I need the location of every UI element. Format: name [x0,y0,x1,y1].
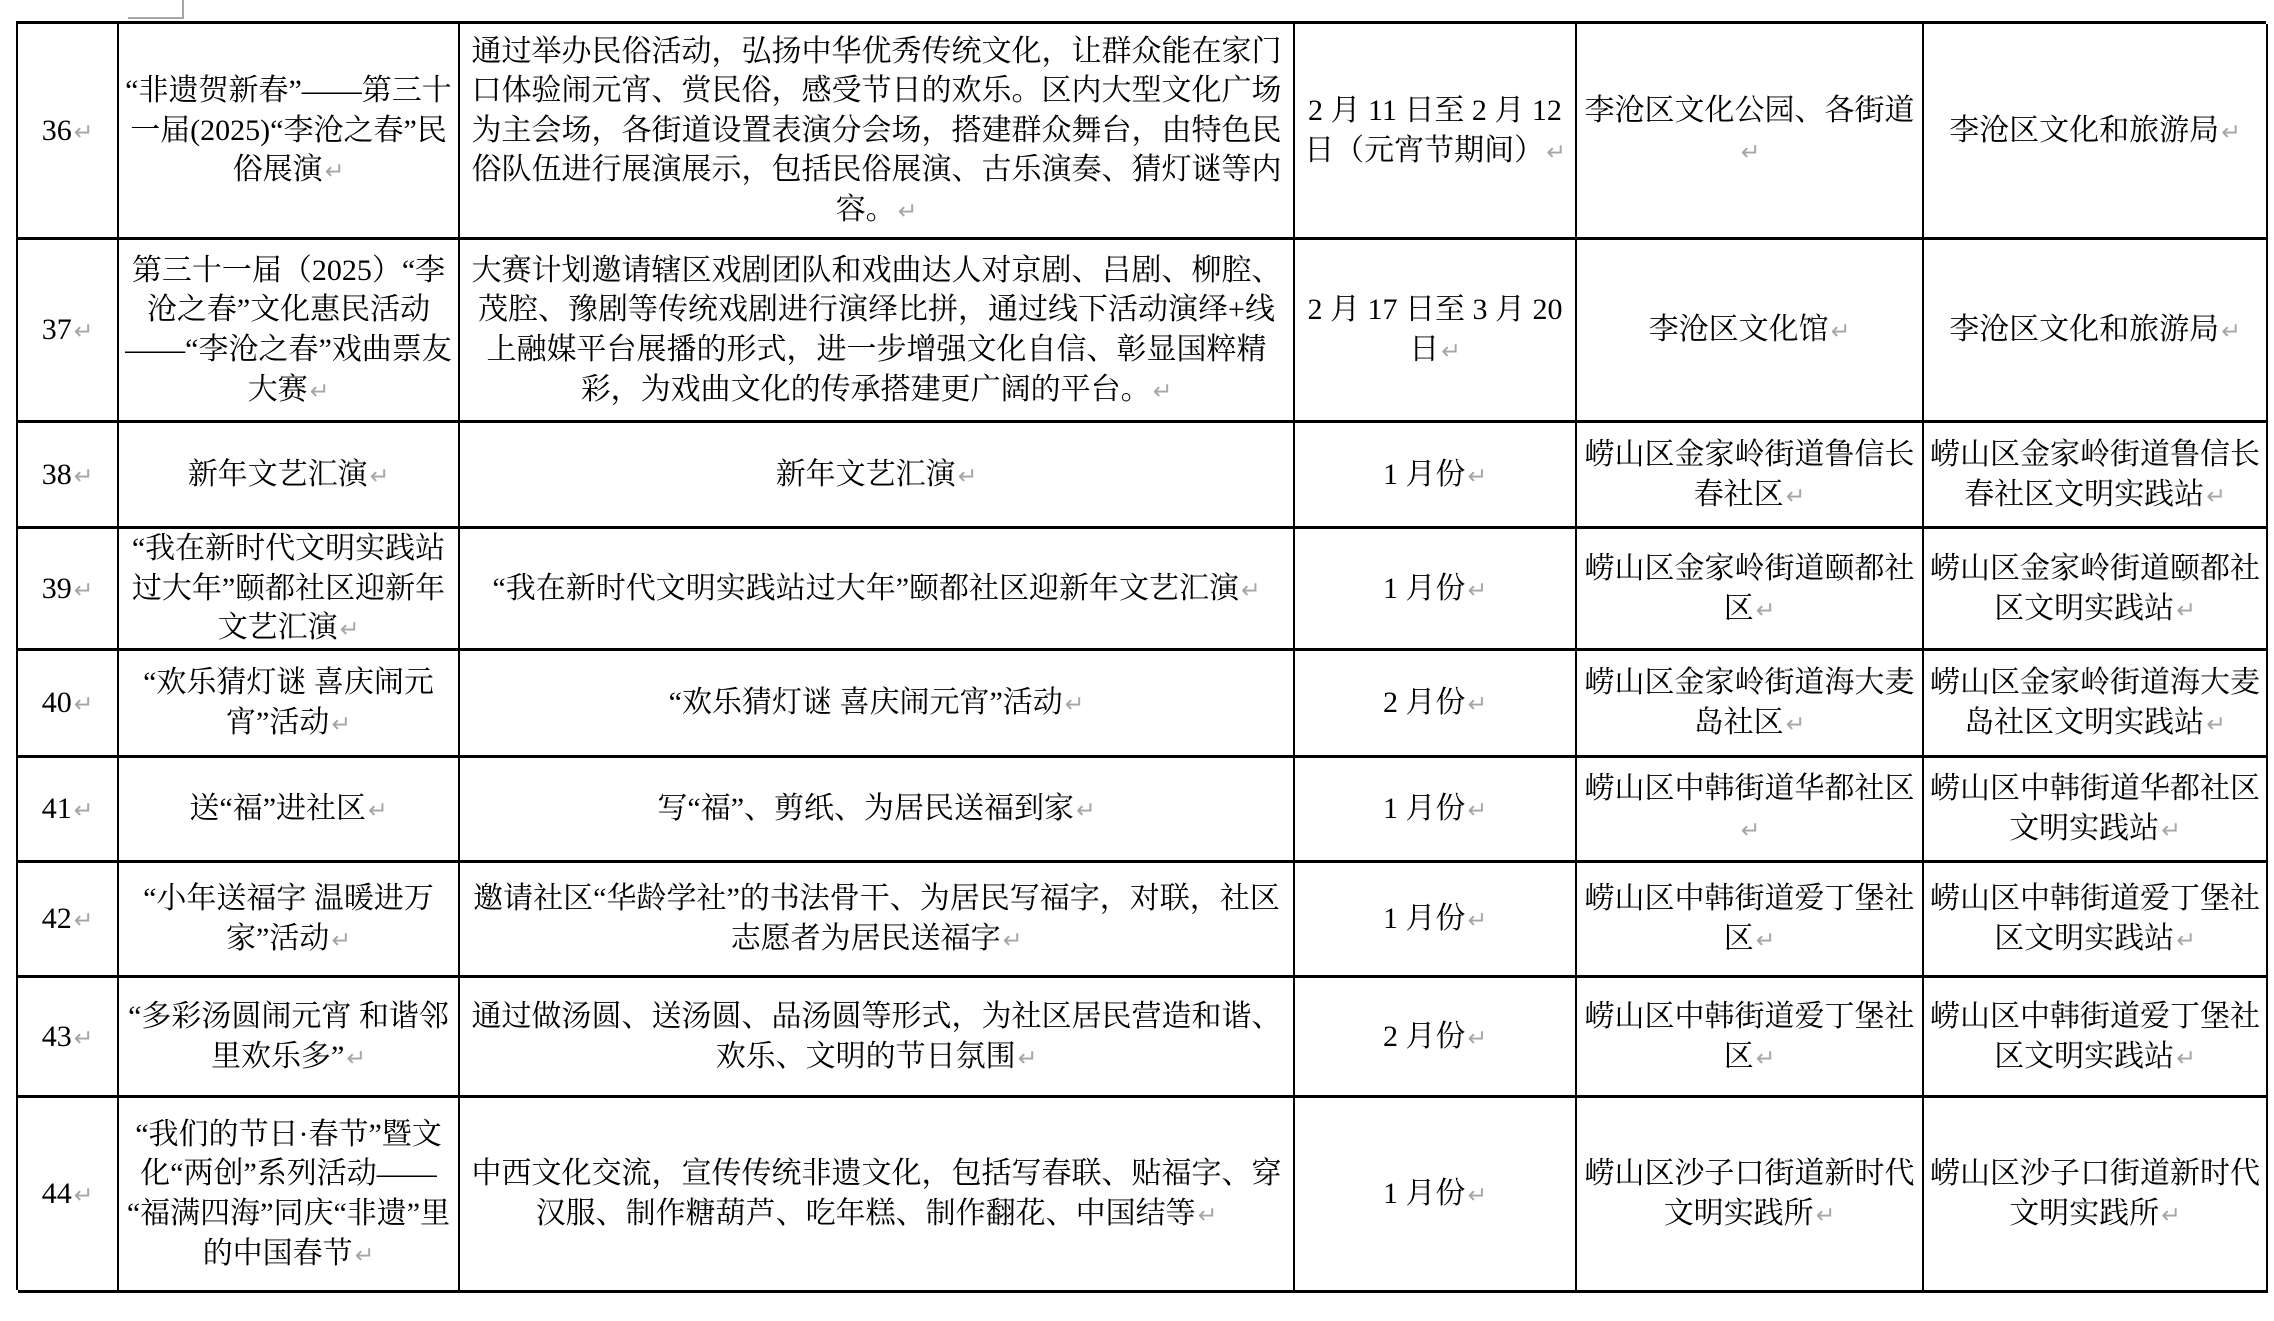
location-cell[interactable]: 崂山区金家岭街道海大麦岛社区↵ [1577,651,1924,758]
organizer: 李沧区文化和旅游局 [1949,313,2219,346]
line-break-mark: ↵ [1065,690,1085,718]
location-cell[interactable]: 崂山区沙子口街道新时代文明实践所↵ [1577,1098,1924,1293]
time-cell[interactable]: 1 月份↵ [1295,1098,1577,1293]
description-cell[interactable]: 写“福”、剪纸、为居民送福到家↵ [460,758,1295,863]
activity-name: 第三十一届（2025）“李沧之春”文化惠民活动——“李沧之春”戏曲票友大赛 [125,254,452,406]
organizer-cell[interactable]: 崂山区金家岭街道海大麦岛社区文明实践站↵ [1924,651,2268,758]
line-break-mark: ↵ [331,926,351,954]
organizer-cell[interactable]: 崂山区金家岭街道鲁信长春社区文明实践站↵ [1924,423,2268,529]
time: 2 月 11 日至 2 月 12 日（元宵节期间） [1304,94,1562,167]
description: “我在新时代文明实践站过大年”颐都社区迎新年文艺汇演 [492,572,1239,605]
description: 邀请社区“华龄学社”的书法骨干、为居民写福字，对联，社区志愿者为居民送福字 [473,882,1280,955]
line-break-mark: ↵ [1756,596,1776,624]
time: 1 月份 [1383,1177,1466,1210]
time: 2 月 17 日至 3 月 20 日 [1308,293,1563,366]
location: 崂山区金家岭街道海大麦岛社区 [1585,666,1915,739]
row-number: 38 [42,458,72,491]
row-number: 40 [42,686,72,719]
line-break-mark: ↵ [1756,1044,1776,1072]
row-number-cell[interactable]: 36↵ [18,24,119,240]
time: 1 月份 [1383,458,1466,491]
description: 写“福”、剪纸、为居民送福到家 [657,792,1074,825]
description-cell[interactable]: 大赛计划邀请辖区戏剧团队和戏曲达人对京剧、吕剧、柳腔、茂腔、豫剧等传统戏剧进行演… [460,240,1295,423]
line-break-mark: ↵ [1831,317,1851,345]
description-cell[interactable]: 通过举办民俗活动，弘扬中华优秀传统文化，让群众能在家门口体验闹元宵、赏民俗，感受… [460,24,1295,240]
row-number-cell[interactable]: 41↵ [18,758,119,863]
activity-name-cell[interactable]: “非遗贺新春”——第三十一届(2025)“李沧之春”民俗展演↵ [119,24,460,240]
line-break-mark: ↵ [370,462,390,490]
line-break-mark: ↵ [1241,576,1261,604]
organizer-cell[interactable]: 李沧区文化和旅游局↵ [1924,240,2268,423]
description: 通过做汤圆、送汤圆、品汤圆等形式，为社区居民营造和谐、欢乐、文明的节日氛围 [472,1000,1282,1073]
line-break-mark: ↵ [2221,118,2241,146]
line-break-mark: ↵ [1153,377,1173,405]
line-break-mark: ↵ [898,197,918,225]
line-break-mark: ↵ [1786,710,1806,738]
time-cell[interactable]: 2 月 11 日至 2 月 12 日（元宵节期间）↵ [1295,24,1577,240]
line-break-mark: ↵ [2176,1044,2196,1072]
organizer-cell[interactable]: 李沧区文化和旅游局↵ [1924,24,2268,240]
line-break-mark: ↵ [74,576,94,604]
line-break-mark: ↵ [74,317,94,345]
line-break-mark: ↵ [1741,816,1761,844]
activity-name-cell[interactable]: 送“福”进社区↵ [119,758,460,863]
row-number: 44 [42,1177,72,1210]
line-break-mark: ↵ [1816,1201,1836,1229]
row-number: 39 [42,572,72,605]
location: 崂山区金家岭街道鲁信长春社区 [1585,438,1915,511]
line-break-mark: ↵ [2221,317,2241,345]
line-break-mark: ↵ [74,1024,94,1052]
organizer-cell[interactable]: 崂山区中韩街道爱丁堡社区文明实践站↵ [1924,863,2268,978]
line-break-mark: ↵ [2161,816,2181,844]
time-cell[interactable]: 2 月份↵ [1295,651,1577,758]
description-cell[interactable]: 通过做汤圆、送汤圆、品汤圆等形式，为社区居民营造和谐、欢乐、文明的节日氛围↵ [460,978,1295,1098]
organizer-cell[interactable]: 崂山区沙子口街道新时代文明实践所↵ [1924,1098,2268,1293]
location-cell[interactable]: 李沧区文化馆↵ [1577,240,1924,423]
activity-name-cell[interactable]: “小年送福字 温暖进万家”活动↵ [119,863,460,978]
location: 崂山区金家岭街道颐都社区 [1585,552,1915,625]
activity-name: “多彩汤圆闹元宵 和谐邻里欢乐多” [128,1000,449,1073]
organizer-cell[interactable]: 崂山区金家岭街道颐都社区文明实践站↵ [1924,529,2268,651]
location: 崂山区中韩街道华都社区 [1585,772,1915,805]
description-cell[interactable]: 新年文艺汇演↵ [460,423,1295,529]
line-break-mark: ↵ [1198,1201,1218,1229]
line-break-mark: ↵ [325,157,345,185]
description-cell[interactable]: 邀请社区“华龄学社”的书法骨干、为居民写福字，对联，社区志愿者为居民送福字↵ [460,863,1295,978]
row-number: 36 [42,114,72,147]
row-number-cell[interactable]: 42↵ [18,863,119,978]
line-break-mark: ↵ [2161,1201,2181,1229]
location: 李沧区文化馆 [1649,313,1829,346]
time-cell[interactable]: 1 月份↵ [1295,423,1577,529]
description: “欢乐猜灯谜 喜庆闹元宵”活动 [669,686,1063,719]
line-break-mark: ↵ [1467,1181,1487,1209]
organizer: 李沧区文化和旅游局 [1949,114,2219,147]
page-boundary-mark [128,0,184,19]
line-break-mark: ↵ [1467,576,1487,604]
time-cell[interactable]: 2 月 17 日至 3 月 20 日↵ [1295,240,1577,423]
row-number-cell[interactable]: 40↵ [18,651,119,758]
location-cell[interactable]: 李沧区文化公园、各街道↵ [1577,24,1924,240]
line-break-mark: ↵ [340,615,360,643]
line-break-mark: ↵ [1018,1044,1038,1072]
organizer: 崂山区中韩街道爱丁堡社区文明实践站 [1930,1000,2260,1073]
activity-name: “非遗贺新春”——第三十一届(2025)“李沧之春”民俗展演 [125,74,452,186]
time-cell[interactable]: 1 月份↵ [1295,529,1577,651]
line-break-mark: ↵ [958,462,978,490]
activity-name-cell[interactable]: “我们的节日·春节”暨文化“两创”系列活动——“福满四海”同庆“非遗”里的中国春… [119,1098,460,1293]
location-cell[interactable]: 崂山区中韩街道华都社区↵ [1577,758,1924,863]
activity-name: 送“福”进社区 [189,792,366,825]
activity-name-cell[interactable]: “欢乐猜灯谜 喜庆闹元宵”活动↵ [119,651,460,758]
line-break-mark: ↵ [74,462,94,490]
organizer-cell[interactable]: 崂山区中韩街道爱丁堡社区文明实践站↵ [1924,978,2268,1098]
line-break-mark: ↵ [1467,906,1487,934]
location: 李沧区文化公园、各街道 [1585,94,1915,127]
activity-name: “小年送福字 温暖进万家”活动 [143,882,434,955]
line-break-mark: ↵ [1003,926,1023,954]
row-number-cell[interactable]: 38↵ [18,423,119,529]
activity-name: “我在新时代文明实践站过大年”颐都社区迎新年文艺汇演 [132,532,445,644]
location-cell[interactable]: 崂山区金家岭街道颐都社区↵ [1577,529,1924,651]
line-break-mark: ↵ [331,710,351,738]
line-break-mark: ↵ [1467,690,1487,718]
time: 2 月份 [1383,686,1466,719]
line-break-mark: ↵ [1076,796,1096,824]
activity-name: 新年文艺汇演 [188,458,368,491]
description: 中西文化交流，宣传传统非遗文化，包括写春联、贴福字、穿汉服、制作糖葫芦、吃年糕、… [472,1157,1282,1230]
line-break-mark: ↵ [1467,1024,1487,1052]
line-break-mark: ↵ [1756,926,1776,954]
row-number-cell[interactable]: 43↵ [18,978,119,1098]
organizer: 崂山区中韩街道爱丁堡社区文明实践站 [1930,882,2260,955]
line-break-mark: ↵ [1441,337,1461,365]
line-break-mark: ↵ [1467,796,1487,824]
time: 1 月份 [1383,572,1466,605]
line-break-mark: ↵ [368,796,388,824]
location-cell[interactable]: 崂山区中韩街道爱丁堡社区↵ [1577,978,1924,1098]
location-cell[interactable]: 崂山区金家岭街道鲁信长春社区↵ [1577,423,1924,529]
description-cell[interactable]: 中西文化交流，宣传传统非遗文化，包括写春联、贴福字、穿汉服、制作糖葫芦、吃年糕、… [460,1098,1295,1293]
row-number-cell[interactable]: 44↵ [18,1098,119,1293]
line-break-mark: ↵ [1546,138,1566,166]
location: 崂山区中韩街道爱丁堡社区 [1585,1000,1915,1073]
activity-name-cell[interactable]: “多彩汤圆闹元宵 和谐邻里欢乐多”↵ [119,978,460,1098]
description: 通过举办民俗活动，弘扬中华优秀传统文化，让群众能在家门口体验闹元宵、赏民俗，感受… [472,35,1282,226]
line-break-mark: ↵ [74,906,94,934]
row-number: 37 [42,313,72,346]
line-break-mark: ↵ [355,1241,375,1269]
description: 新年文艺汇演 [776,458,956,491]
time-cell[interactable]: 1 月份↵ [1295,758,1577,863]
line-break-mark: ↵ [74,118,94,146]
line-break-mark: ↵ [1467,462,1487,490]
activities-table: 36↵ “非遗贺新春”——第三十一届(2025)“李沧之春”民俗展演↵ 通过举办… [16,21,2266,1290]
time: 1 月份 [1383,792,1466,825]
line-break-mark: ↵ [2206,482,2226,510]
line-break-mark: ↵ [310,377,330,405]
row-number-cell[interactable]: 39↵ [18,529,119,651]
activity-name: “欢乐猜灯谜 喜庆闹元宵”活动 [143,666,434,739]
location: 崂山区沙子口街道新时代文明实践所 [1585,1157,1915,1230]
row-number-cell[interactable]: 37↵ [18,240,119,423]
row-number: 41 [42,792,72,825]
organizer: 崂山区中韩街道华都社区文明实践站 [1930,772,2260,845]
line-break-mark: ↵ [1741,138,1761,166]
row-number: 43 [42,1020,72,1053]
line-break-mark: ↵ [2206,710,2226,738]
line-break-mark: ↵ [1786,482,1806,510]
line-break-mark: ↵ [346,1044,366,1072]
organizer: 崂山区金家岭街道颐都社区文明实践站 [1930,552,2260,625]
description-cell[interactable]: “欢乐猜灯谜 喜庆闹元宵”活动↵ [460,651,1295,758]
organizer: 崂山区沙子口街道新时代文明实践所 [1930,1157,2260,1230]
row-number: 42 [42,902,72,935]
activity-name-cell[interactable]: 第三十一届（2025）“李沧之春”文化惠民活动——“李沧之春”戏曲票友大赛↵ [119,240,460,423]
time-cell[interactable]: 1 月份↵ [1295,863,1577,978]
activity-name-cell[interactable]: 新年文艺汇演↵ [119,423,460,529]
line-break-mark: ↵ [2176,596,2196,624]
time: 1 月份 [1383,902,1466,935]
organizer-cell[interactable]: 崂山区中韩街道华都社区文明实践站↵ [1924,758,2268,863]
line-break-mark: ↵ [74,1181,94,1209]
activity-name: “我们的节日·春节”暨文化“两创”系列活动——“福满四海”同庆“非遗”里的中国春… [127,1118,450,1270]
line-break-mark: ↵ [74,690,94,718]
time-cell[interactable]: 2 月份↵ [1295,978,1577,1098]
description-cell[interactable]: “我在新时代文明实践站过大年”颐都社区迎新年文艺汇演↵ [460,529,1295,651]
activity-name-cell[interactable]: “我在新时代文明实践站过大年”颐都社区迎新年文艺汇演↵ [119,529,460,651]
line-break-mark: ↵ [74,796,94,824]
line-break-mark: ↵ [2176,926,2196,954]
location: 崂山区中韩街道爱丁堡社区 [1585,882,1915,955]
location-cell[interactable]: 崂山区中韩街道爱丁堡社区↵ [1577,863,1924,978]
time: 2 月份 [1383,1020,1466,1053]
